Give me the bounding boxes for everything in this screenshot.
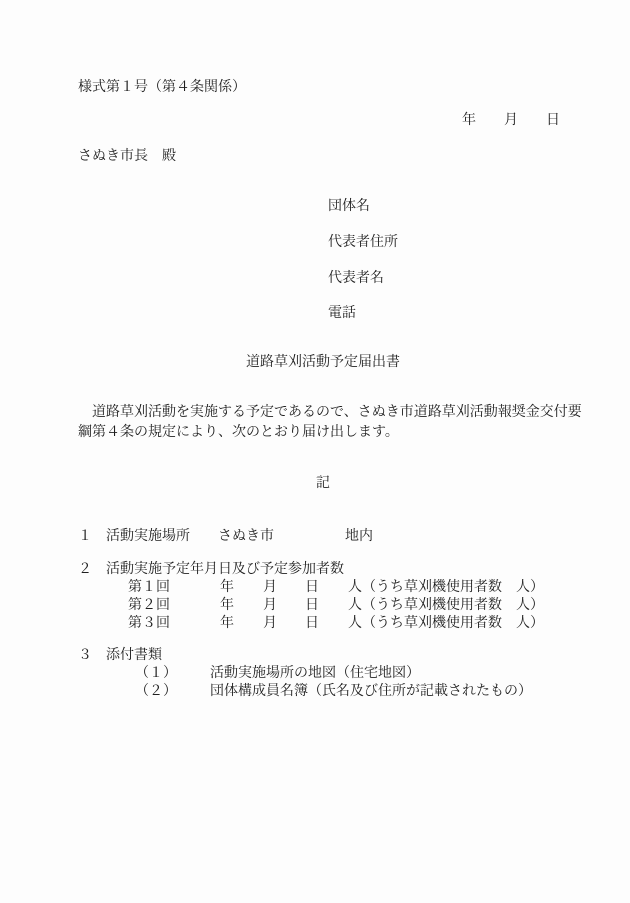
document-title: 道路草刈活動予定届出書 xyxy=(78,355,568,371)
month-label: 月 xyxy=(263,616,277,632)
participants-label: 人（うち草刈機使用者数 人） xyxy=(348,598,544,614)
item-label: 添付書類 xyxy=(106,648,162,664)
location-prefix: さぬき市 xyxy=(218,529,274,545)
round-row: 第２回 年 月 日 人（うち草刈機使用者数 人） xyxy=(78,598,578,614)
item-label: 活動実施場所 xyxy=(106,529,190,545)
item-number: １ xyxy=(78,529,92,545)
document-page: 様式第１号（第４条関係） 年 月 日 さぬき市長 殿 団体名 代表者住所 代表者… xyxy=(0,0,630,903)
year-label: 年 xyxy=(220,598,234,614)
attachment-number: （１） xyxy=(135,666,177,682)
item-attachments-header: ３ 添付書類 xyxy=(78,648,578,664)
form-number: 様式第１号（第４条関係） xyxy=(78,80,246,96)
participants-label: 人（うち草刈機使用者数 人） xyxy=(348,580,544,596)
round-row: 第３回 年 月 日 人（うち草刈機使用者数 人） xyxy=(78,616,578,632)
body-text-line: 道路草刈活動を実施する予定であるので、さぬき市道路草刈活動報奨金交付要 xyxy=(78,405,582,421)
item-number: ２ xyxy=(78,562,92,578)
attachment-row: （１） 活動実施場所の地図（住宅地図） xyxy=(78,666,578,682)
attachment-number: （２） xyxy=(135,684,177,700)
day-label: 日 xyxy=(305,598,319,614)
item-activity-location: １ 活動実施場所 さぬき市 地内 xyxy=(78,529,578,545)
attachment-row: （２） 団体構成員名簿（氏名及び住所が記載されたもの） xyxy=(78,684,578,700)
year-label: 年 xyxy=(220,616,234,632)
body-text-line: 綱第４条の規定により、次のとおり届け出します。 xyxy=(78,425,399,441)
year-label: 年 xyxy=(220,580,234,596)
item-schedule-header: ２ 活動実施予定年月日及び予定参加者数 xyxy=(78,562,578,578)
attachment-text: 団体構成員名簿（氏名及び住所が記載されたもの） xyxy=(210,684,532,700)
day-label: 日 xyxy=(305,616,319,632)
item-label: 活動実施予定年月日及び予定参加者数 xyxy=(106,562,344,578)
day-label: 日 xyxy=(305,580,319,596)
participants-label: 人（うち草刈機使用者数 人） xyxy=(348,616,544,632)
month-label: 月 xyxy=(263,580,277,596)
item-number: ３ xyxy=(78,648,92,664)
round-name: 第３回 xyxy=(128,616,170,632)
field-group-name: 団体名 xyxy=(328,199,370,215)
month-label: 月 xyxy=(263,598,277,614)
attachment-text: 活動実施場所の地図（住宅地図） xyxy=(210,666,420,682)
field-representative-name: 代表者名 xyxy=(328,271,384,287)
date-line: 年 月 日 xyxy=(462,113,560,129)
location-suffix: 地内 xyxy=(345,529,373,545)
round-name: 第１回 xyxy=(128,580,170,596)
round-row: 第１回 年 月 日 人（うち草刈機使用者数 人） xyxy=(78,580,578,596)
addressee: さぬき市長 殿 xyxy=(78,149,176,165)
field-representative-address: 代表者住所 xyxy=(328,235,398,251)
section-marker: 記 xyxy=(78,476,568,492)
round-name: 第２回 xyxy=(128,598,170,614)
field-phone: 電話 xyxy=(328,306,356,322)
